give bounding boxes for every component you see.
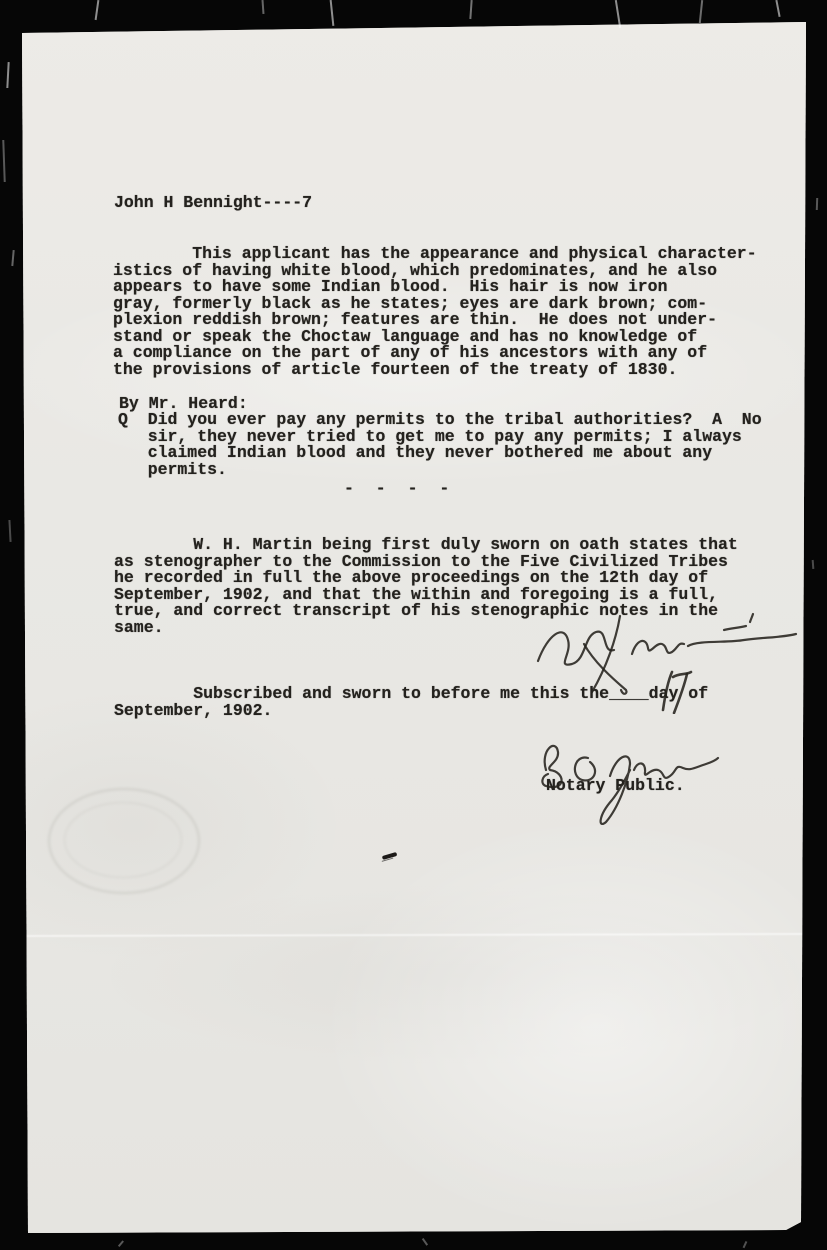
film-scratch <box>816 198 818 210</box>
embossed-seal-inner-ring <box>64 802 182 878</box>
film-scratch <box>8 520 11 542</box>
notary-signature <box>522 730 722 830</box>
paper-crease <box>25 933 805 937</box>
film-scratch <box>743 1241 747 1248</box>
microfilm-scan: John H Bennight----7 This applicant has … <box>0 0 827 1250</box>
film-scratch <box>11 250 14 266</box>
question-answer-paragraph: Q Did you ever pay any permits to the tr… <box>118 412 762 478</box>
film-scratch <box>699 0 703 23</box>
film-scratch <box>812 560 814 569</box>
film-scratch <box>615 0 621 28</box>
film-scratch <box>95 0 99 20</box>
film-scratch <box>330 0 334 26</box>
page-header-name-and-number: John H Bennight----7 <box>114 195 312 212</box>
film-scratch <box>422 1238 428 1245</box>
opening-paragraph: This applicant has the appearance and ph… <box>113 246 757 378</box>
film-scratch <box>262 0 264 14</box>
film-scratch <box>118 1240 124 1246</box>
film-scratch <box>775 0 780 17</box>
section-separator-dashes: - - - - <box>344 481 455 498</box>
film-scratch <box>2 140 5 182</box>
embossed-seal <box>48 788 200 894</box>
handwritten-day-number <box>650 668 694 714</box>
film-scratch <box>6 62 9 88</box>
film-scratch <box>469 0 472 19</box>
